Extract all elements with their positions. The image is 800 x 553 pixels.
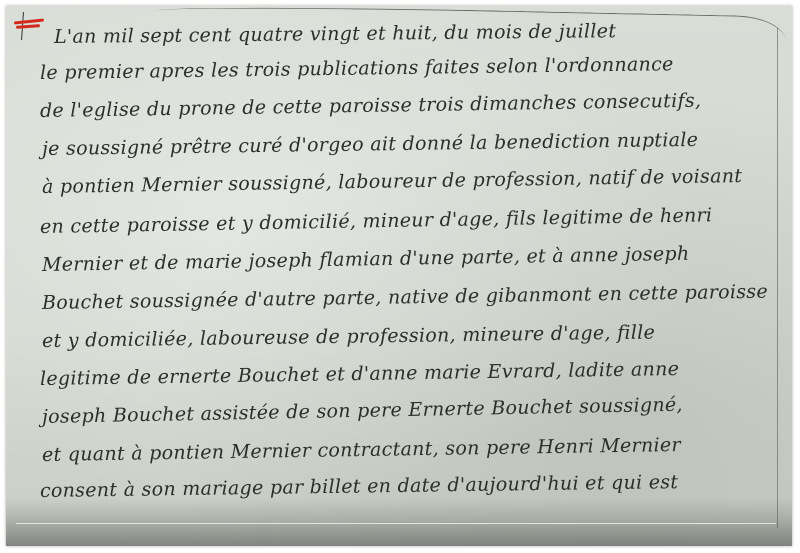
- red-margin-mark-icon: [14, 18, 44, 30]
- text-line: je soussigné prêtre curé d'orgeo ait don…: [42, 129, 699, 160]
- text-line: le premier apres les trois publications …: [40, 53, 674, 84]
- text-line: et y domiciliée, laboureuse de professio…: [42, 321, 655, 352]
- text-line: L'an mil sept cent quatre vingt et huit,…: [54, 20, 616, 48]
- page-bottom-edge: [16, 523, 776, 524]
- text-line: à pontien Mernier soussigné, laboureur d…: [42, 165, 743, 198]
- page-bottom-shadow: [6, 498, 792, 546]
- document-frame: L'an mil sept cent quatre vingt et huit,…: [0, 0, 800, 553]
- text-line: Mernier et de marie joseph flamian d'une…: [42, 243, 690, 276]
- text-line: legitime de ernerte Bouchet et d'anne ma…: [40, 358, 680, 390]
- register-page: L'an mil sept cent quatre vingt et huit,…: [6, 6, 792, 546]
- text-line: de l'eglise du prone de cette paroisse t…: [40, 90, 702, 122]
- page-right-edge: [777, 28, 778, 528]
- red-stroke: [16, 24, 40, 29]
- text-line: joseph Bouchet assistée de son pere Erne…: [42, 394, 683, 428]
- text-line: Bouchet soussignée d'autre parte, native…: [42, 281, 768, 314]
- text-line: en cette paroisse et y domicilié, mineur…: [40, 204, 713, 238]
- text-line: et quant à pontien Mernier contractant, …: [42, 434, 681, 466]
